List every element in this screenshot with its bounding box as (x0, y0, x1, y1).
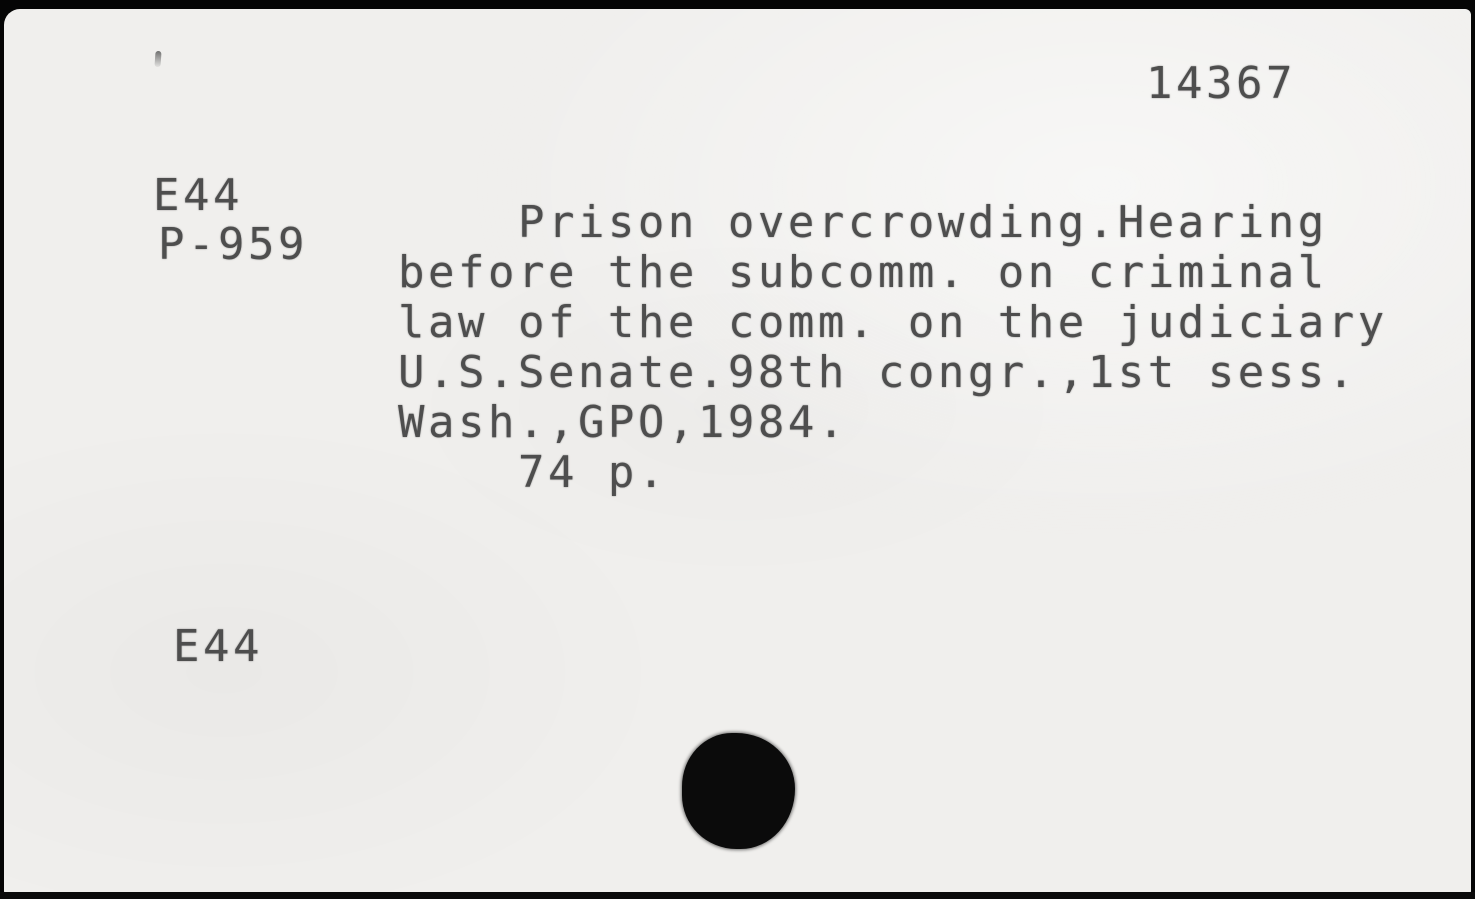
hole-punch-mark (682, 733, 795, 849)
accession-number: 14367 (1146, 59, 1296, 109)
entry-line-subcommittee: before the subcomm. on criminal (398, 248, 1388, 298)
entry-line-pagination: 74 p. (398, 448, 1388, 498)
scanned-catalog-card-frame: 14367 E44 P-959 Prison overcrowding.Hear… (0, 0, 1475, 899)
scan-edge-line (0, 892, 1475, 899)
entry-line-committee: law of the comm. on the judiciary (398, 298, 1388, 348)
bottom-shelf-label: E44 (173, 622, 263, 672)
entry-line-congress: U.S.Senate.98th congr.,1st sess. (398, 348, 1388, 398)
entry-line-imprint: Wash.,GPO,1984. (398, 398, 1388, 448)
call-number-cutter: P-959 (158, 220, 308, 270)
catalog-card: 14367 E44 P-959 Prison overcrowding.Hear… (4, 9, 1471, 893)
entry-line-title: Prison overcrowding.Hearing (398, 198, 1388, 248)
stray-scan-speck (154, 51, 161, 67)
bibliographic-entry: Prison overcrowding.Hearing before the s… (398, 198, 1388, 498)
call-number-class: E44 (153, 171, 243, 221)
